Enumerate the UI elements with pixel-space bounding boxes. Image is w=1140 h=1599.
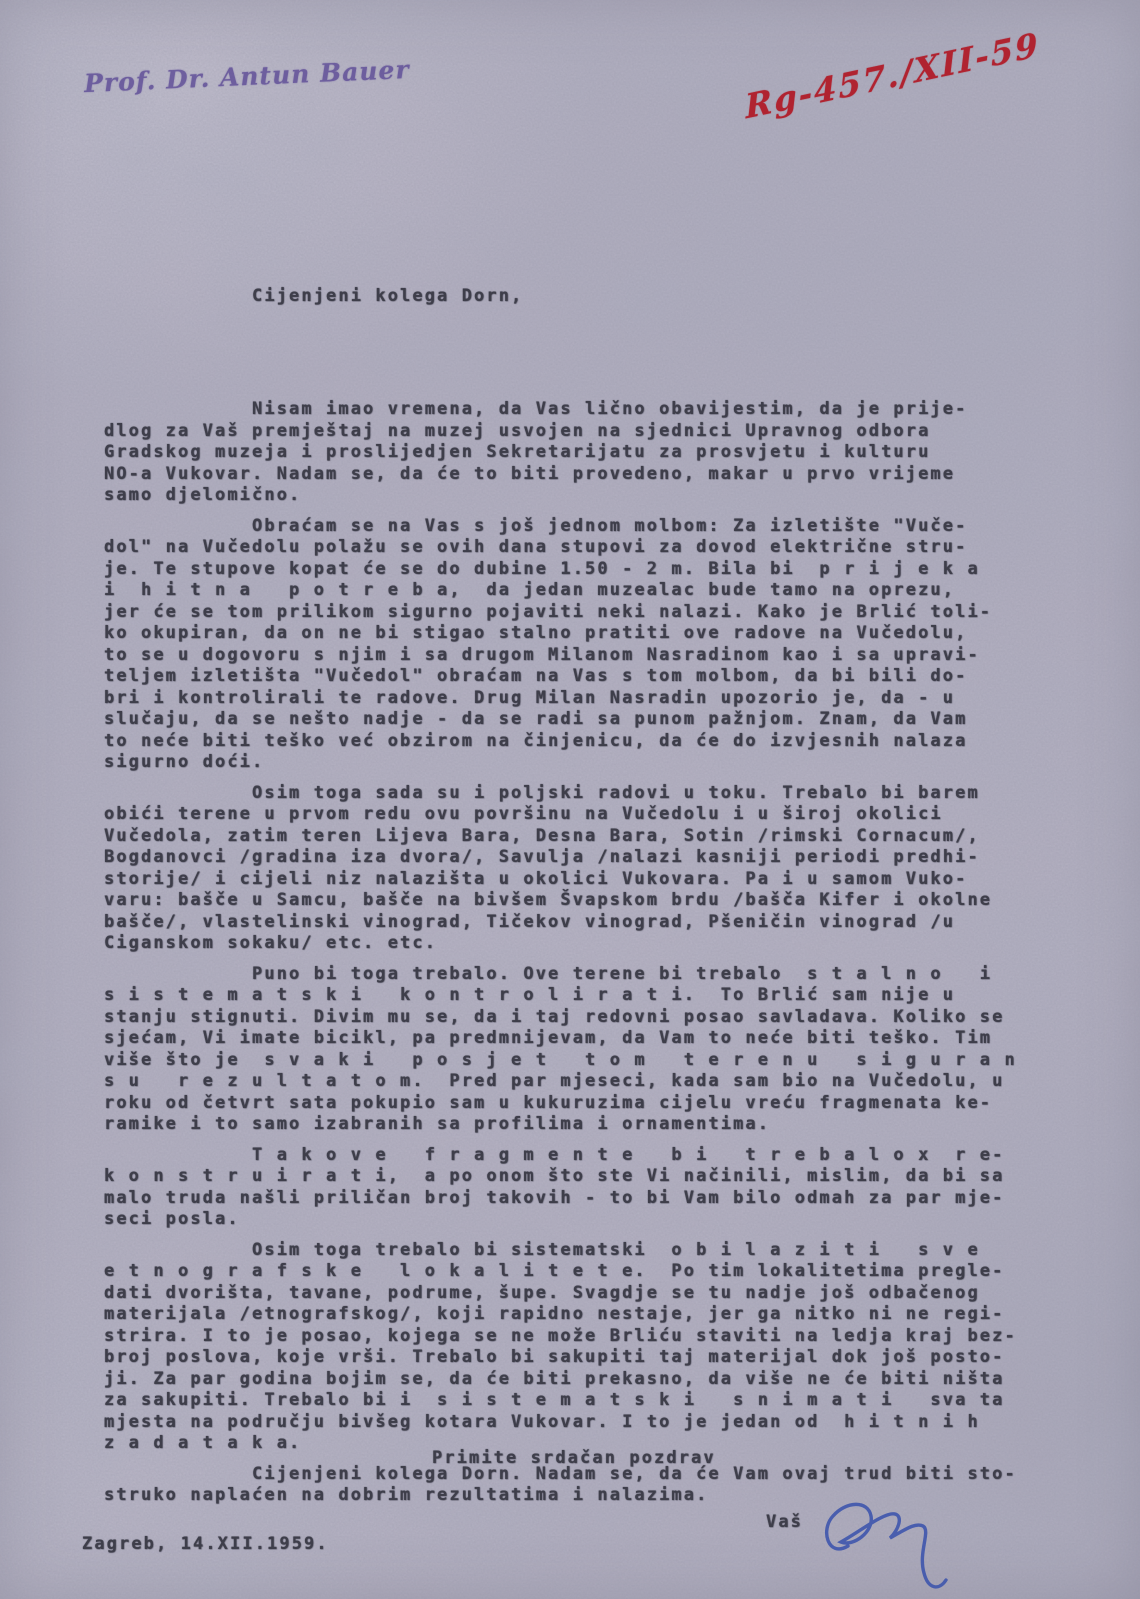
typewritten-line: dati dvorišta, tavane, podrume, šupe. Sv… bbox=[104, 1283, 1114, 1305]
letter-paragraph: Puno bi toga trebalo. Ove terene bi treb… bbox=[104, 964, 1114, 1136]
typewritten-line: stanju stignuti. Divim mu se, da i taj r… bbox=[104, 1007, 1114, 1029]
typewritten-line: strira. I to je posao, kojega se ne može… bbox=[104, 1326, 1114, 1348]
typewritten-line: Osim toga sada su i poljski radovi u tok… bbox=[104, 783, 1114, 805]
letter-paragraph: Osim toga trebalo bi sistematski o b i l… bbox=[104, 1240, 1114, 1455]
signature-scribble bbox=[818, 1472, 968, 1599]
typewritten-line: Nisam imao vremena, da Vas lično obavije… bbox=[104, 399, 1114, 421]
typewritten-line: e t n o g r a f s k e l o k a l i t e t … bbox=[104, 1261, 1114, 1283]
letter-paragraph: T a k o v e f r a g m e n t e b i t r e … bbox=[104, 1145, 1114, 1231]
typewritten-line: storije/ i cijeli niz nalazišta u okolic… bbox=[104, 869, 1114, 891]
typewritten-line: roku od četvrt sata pokupio sam u kukuru… bbox=[104, 1093, 1114, 1115]
typewritten-line: je. Te stupove kopat će se do dubine 1.5… bbox=[104, 559, 1114, 581]
typewritten-line: obići terene u prvom redu ovu površinu n… bbox=[104, 804, 1114, 826]
typewritten-line: Gradskog muzeja i proslijedjen Sekretari… bbox=[104, 442, 1114, 464]
typewritten-line: broj poslova, koje vrši. Trebalo bi saku… bbox=[104, 1347, 1114, 1369]
dateline: Zagreb, 14.XII.1959. bbox=[82, 1534, 329, 1556]
letter-paragraph: Osim toga sada su i poljski radovi u tok… bbox=[104, 783, 1114, 955]
typewritten-line: s i s t e m a t s k i k o n t r o l i r … bbox=[104, 985, 1114, 1007]
closing-signoff: Vaš bbox=[766, 1512, 803, 1534]
typewritten-line: teljem izletišta "Vučedol" obraćam na Va… bbox=[104, 666, 1114, 688]
typewritten-line: s u r e z u l t a t o m. Pred par mjesec… bbox=[104, 1071, 1114, 1093]
typewritten-line: bašče/, vlastelinski vinograd, Tičekov v… bbox=[104, 912, 1114, 934]
typewritten-line: i h i t n a p o t r e b a, da jedan muze… bbox=[104, 580, 1114, 602]
typewritten-line: samo djelomično. bbox=[104, 485, 1114, 507]
letter-body: Cijenjeni kolega Dorn, Nisam imao vremen… bbox=[104, 243, 1114, 1516]
typewritten-line: Osim toga trebalo bi sistematski o b i l… bbox=[104, 1240, 1114, 1262]
typewritten-line: varu: bašče u Samcu, bašče na bivšem Šva… bbox=[104, 890, 1114, 912]
letter-paragraph: Nisam imao vremena, da Vas lično obavije… bbox=[104, 399, 1114, 507]
typewritten-line: bri i kontrolirali te radove. Drug Milan… bbox=[104, 688, 1114, 710]
typewritten-line: malo truda našli priličan broj takovih -… bbox=[104, 1188, 1114, 1210]
typewritten-line: ji. Za par godina bojim se, da će biti p… bbox=[104, 1369, 1114, 1391]
typewritten-line: dlog za Vaš premještaj na muzej usvojen … bbox=[104, 421, 1114, 443]
typewritten-line: Obraćam se na Vas s još jednom molbom: Z… bbox=[104, 516, 1114, 538]
typewritten-line: slučaju, da se nešto nadje - da se radi … bbox=[104, 709, 1114, 731]
typewritten-line: k o n s t r u i r a t i, a po onom što s… bbox=[104, 1166, 1114, 1188]
typewritten-line: sjećam, Vi imate bicikl, pa predmnijevam… bbox=[104, 1028, 1114, 1050]
typewritten-line: materijala /etnografskog/, koji rapidno … bbox=[104, 1304, 1114, 1326]
typewritten-line: Bogdanovci /gradina iza dvora/, Savulja … bbox=[104, 847, 1114, 869]
typewritten-line: NO-a Vukovar. Nadam se, da će to biti pr… bbox=[104, 464, 1114, 486]
typewritten-line: to se u dogovoru s njim i sa drugom Mila… bbox=[104, 645, 1114, 667]
typewritten-line: ramike i to samo izabranih sa profilima … bbox=[104, 1114, 1114, 1136]
sender-stamp: Prof. Dr. Antun Bauer bbox=[84, 55, 411, 98]
typewritten-line: Vučedola, zatim teren Lijeva Bara, Desna… bbox=[104, 826, 1114, 848]
typewritten-line: Puno bi toga trebalo. Ove terene bi treb… bbox=[104, 964, 1114, 986]
letter-greeting: Cijenjeni kolega Dorn, bbox=[104, 286, 1114, 308]
typewritten-line: T a k o v e f r a g m e n t e b i t r e … bbox=[104, 1145, 1114, 1167]
typewritten-line: seci posla. bbox=[104, 1209, 1114, 1231]
typewritten-line: jer će se tom prilikom sigurno pojaviti … bbox=[104, 602, 1114, 624]
scanned-letter-page: Prof. Dr. Antun Bauer Rg-457./XII-59 Cij… bbox=[0, 0, 1140, 1599]
registry-annotation-handwritten: Rg-457./XII-59 bbox=[744, 25, 1041, 127]
typewritten-line: više što je s v a k i p o s j e t t o m … bbox=[104, 1050, 1114, 1072]
typewritten-line: sigurno doći. bbox=[104, 752, 1114, 774]
typewritten-line: za sakupiti. Trebalo bi i s i s t e m a … bbox=[104, 1390, 1114, 1412]
typewritten-line: mjesta na području bivšeg kotara Vukovar… bbox=[104, 1412, 1114, 1434]
typewritten-line: Ciganskom sokaku/ etc. etc. bbox=[104, 933, 1114, 955]
typewritten-line: to neće biti teško već obzirom na činjen… bbox=[104, 731, 1114, 753]
closing-salute: Primite srdačan pozdrav bbox=[432, 1448, 716, 1470]
typewritten-line: ko okupiran, da on ne bi stigao stalno p… bbox=[104, 623, 1114, 645]
typewritten-line: dol" na Vučedolu polažu se ovih dana stu… bbox=[104, 537, 1114, 559]
letter-paragraph: Obraćam se na Vas s još jednom molbom: Z… bbox=[104, 516, 1114, 774]
